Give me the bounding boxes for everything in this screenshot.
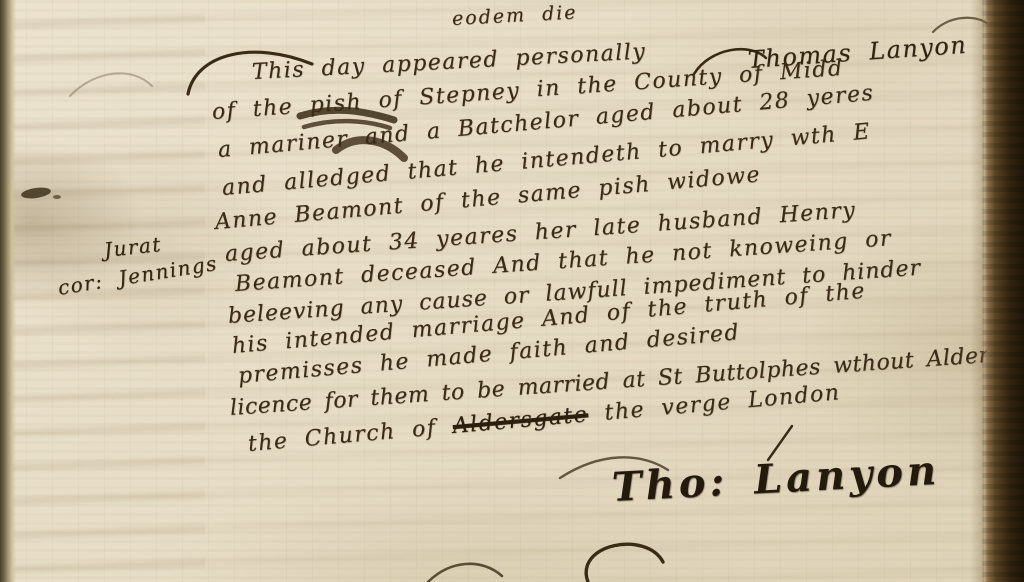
signature-tho-lanyon: Tho: Lanyon [611, 447, 941, 511]
jurat-note: Jurat [103, 232, 163, 262]
margin-ink-speck [53, 195, 61, 199]
struck-word: Aldersgate [452, 402, 590, 439]
last-line-pre: the Church of [247, 414, 454, 457]
cutoff-stroke-next-entry [586, 544, 663, 582]
heading-eodem-die: eodem die [451, 1, 578, 30]
margin-ink-blot [20, 186, 51, 200]
cutoff-stroke-next-entry-2 [428, 564, 502, 582]
faint-top-left-mark [70, 73, 152, 96]
manuscript-page: eodem die This day appeared personally T… [0, 0, 1024, 582]
left-page-edge [0, 0, 16, 582]
right-binding-edge [982, 0, 1024, 582]
